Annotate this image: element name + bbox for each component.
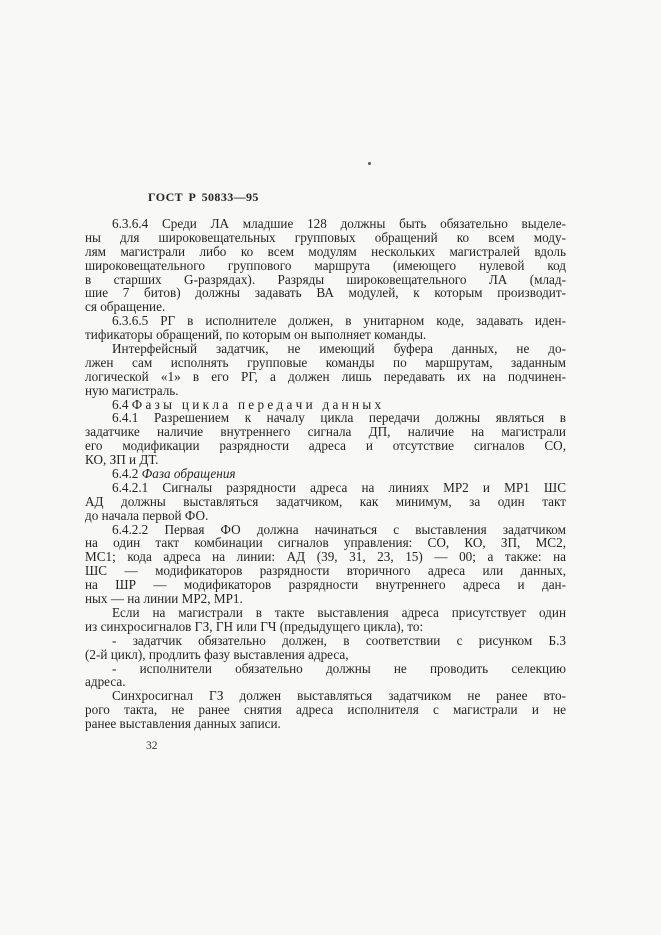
text-line: лжен сам исполнять групповые команды по …	[85, 356, 566, 370]
line-text: - исполнители обязательно должны не пров…	[112, 661, 566, 676]
line-text: логической «1» в его РГ, а должен лишь п…	[85, 369, 566, 384]
running-header-gost-number: ГОСТ Р 50833—95	[148, 190, 259, 205]
text-line: из синхросигналов ГЗ, ГН или ГЧ (предыду…	[85, 620, 566, 634]
text-line: Если на магистрали в такте выставления а…	[85, 606, 566, 620]
line-text-italic: Фаза обращения	[142, 466, 236, 481]
line-text: КО, ЗП и ДТ.	[85, 452, 158, 467]
line-text: лжен сам исполнять групповые команды по …	[85, 355, 566, 370]
text-line: адреса.	[85, 675, 566, 689]
line-text: 6.4 Ф а з ы ц и к л а п е р е д а ч и д …	[112, 397, 381, 412]
text-line: ранее выставления данных записи.	[85, 717, 566, 731]
line-text: 6.3.6.4 Среди ЛА младшие 128 должны быть…	[112, 216, 566, 231]
scan-artifact-dot	[368, 162, 371, 165]
line-text: 6.4.1 Разрешением к началу цикла передач…	[112, 410, 566, 425]
text-line: ны для широковещательных групповых обращ…	[85, 231, 566, 245]
text-line: лям магистрали либо ко всем модулям неск…	[85, 245, 566, 259]
line-text: на один такт комбинации сигналов управле…	[85, 535, 566, 550]
line-text: тификаторы обращений, по которым он выпо…	[85, 327, 426, 342]
line-text: (2-й цикл), продлить фазу выставления ад…	[85, 647, 349, 662]
text-line: до начала первой ФО.	[85, 509, 566, 523]
line-text: - задатчик обязательно должен, в соответ…	[112, 633, 566, 648]
text-line: Интерфейсный задатчик, не имеющий буфера…	[85, 342, 566, 356]
text-line: 6.4.1 Разрешением к началу цикла передач…	[85, 411, 566, 425]
text-line: ных — на линии МР2, МР1.	[85, 592, 566, 606]
line-text: его модификации разрядности адреса и отс…	[85, 438, 566, 453]
text-line: его модификации разрядности адреса и отс…	[85, 439, 566, 453]
line-text: Синхросигнал ГЗ должен выставляться зада…	[112, 688, 566, 703]
text-line: 6.3.6.4 Среди ЛА младшие 128 должны быть…	[85, 217, 566, 231]
text-line: тификаторы обращений, по которым он выпо…	[85, 328, 566, 342]
line-text: широковещательного группового маршрута (…	[85, 258, 566, 273]
page-number: 32	[146, 740, 158, 752]
text-line: МС1; кода адреса на линии: АД (39, 31, 2…	[85, 550, 566, 564]
line-text: задатчике наличие внутреннего сигнала ДП…	[85, 424, 566, 439]
text-line: 6.4.2.2 Первая ФО должна начинаться с вы…	[85, 523, 566, 537]
text-line: на ШР — модификаторов разрядности внутре…	[85, 578, 566, 592]
line-text: 6.4.2.2 Первая ФО должна начинаться с вы…	[112, 522, 566, 537]
line-text: ся обращение.	[85, 299, 165, 314]
text-line: 6.4.2 Фаза обращения	[85, 467, 566, 481]
text-line: 6.4 Ф а з ы ц и к л а п е р е д а ч и д …	[85, 398, 566, 412]
text-line: ШС — модификаторов разрядности вторичног…	[85, 564, 566, 578]
line-text: из синхросигналов ГЗ, ГН или ГЧ (предыду…	[85, 619, 423, 634]
text-line: шие 7 битов) должны задавать ВА модулей,…	[85, 286, 566, 300]
line-text: ШС — модификаторов разрядности вторичног…	[85, 563, 566, 578]
line-text: ранее выставления данных записи.	[85, 716, 281, 731]
text-line: КО, ЗП и ДТ.	[85, 453, 566, 467]
text-line: - задатчик обязательно должен, в соответ…	[85, 634, 566, 648]
text-line: АД должны выставляться задатчиком, как м…	[85, 495, 566, 509]
line-text: АД должны выставляться задатчиком, как м…	[85, 494, 566, 509]
line-text: шие 7 битов) должны задавать ВА модулей,…	[85, 285, 566, 300]
text-line: 6.4.2.1 Сигналы разрядности адреса на ли…	[85, 481, 566, 495]
scanned-document-page: ГОСТ Р 50833—95 6.3.6.4 Среди ЛА младшие…	[0, 0, 661, 935]
text-line: (2-й цикл), продлить фазу выставления ад…	[85, 648, 566, 662]
line-text: на ШР — модификаторов разрядности внутре…	[85, 577, 566, 592]
line-text: МС1; кода адреса на линии: АД (39, 31, 2…	[85, 549, 566, 564]
text-line: ную магистраль.	[85, 384, 566, 398]
document-body: 6.3.6.4 Среди ЛА младшие 128 должны быть…	[85, 217, 566, 731]
line-text: ных — на линии МР2, МР1.	[85, 591, 243, 606]
line-text: 6.4.2	[112, 466, 142, 481]
line-text: в старших G-разрядах). Разряды широковещ…	[85, 272, 566, 287]
line-text: Интерфейсный задатчик, не имеющий буфера…	[112, 341, 566, 356]
text-line: - исполнители обязательно должны не пров…	[85, 662, 566, 676]
line-text: лям магистрали либо ко всем модулям неск…	[85, 244, 566, 259]
text-line: в старших G-разрядах). Разряды широковещ…	[85, 273, 566, 287]
line-text: адреса.	[85, 674, 126, 689]
text-line: логической «1» в его РГ, а должен лишь п…	[85, 370, 566, 384]
text-line: ся обращение.	[85, 300, 566, 314]
line-text: 6.4.2.1 Сигналы разрядности адреса на ли…	[112, 480, 566, 495]
line-text: рого такта, не ранее снятия адреса испол…	[85, 702, 566, 717]
line-text: до начала первой ФО.	[85, 508, 208, 523]
text-line: широковещательного группового маршрута (…	[85, 259, 566, 273]
line-text: ны для широковещательных групповых обращ…	[85, 230, 566, 245]
text-line: рого такта, не ранее снятия адреса испол…	[85, 703, 566, 717]
line-text: Если на магистрали в такте выставления а…	[112, 605, 566, 620]
text-line: задатчике наличие внутреннего сигнала ДП…	[85, 425, 566, 439]
line-text: 6.3.6.5 РГ в исполнителе должен, в унита…	[112, 313, 566, 328]
text-line: 6.3.6.5 РГ в исполнителе должен, в унита…	[85, 314, 566, 328]
text-line: Синхросигнал ГЗ должен выставляться зада…	[85, 689, 566, 703]
line-text: ную магистраль.	[85, 383, 179, 398]
text-line: на один такт комбинации сигналов управле…	[85, 536, 566, 550]
